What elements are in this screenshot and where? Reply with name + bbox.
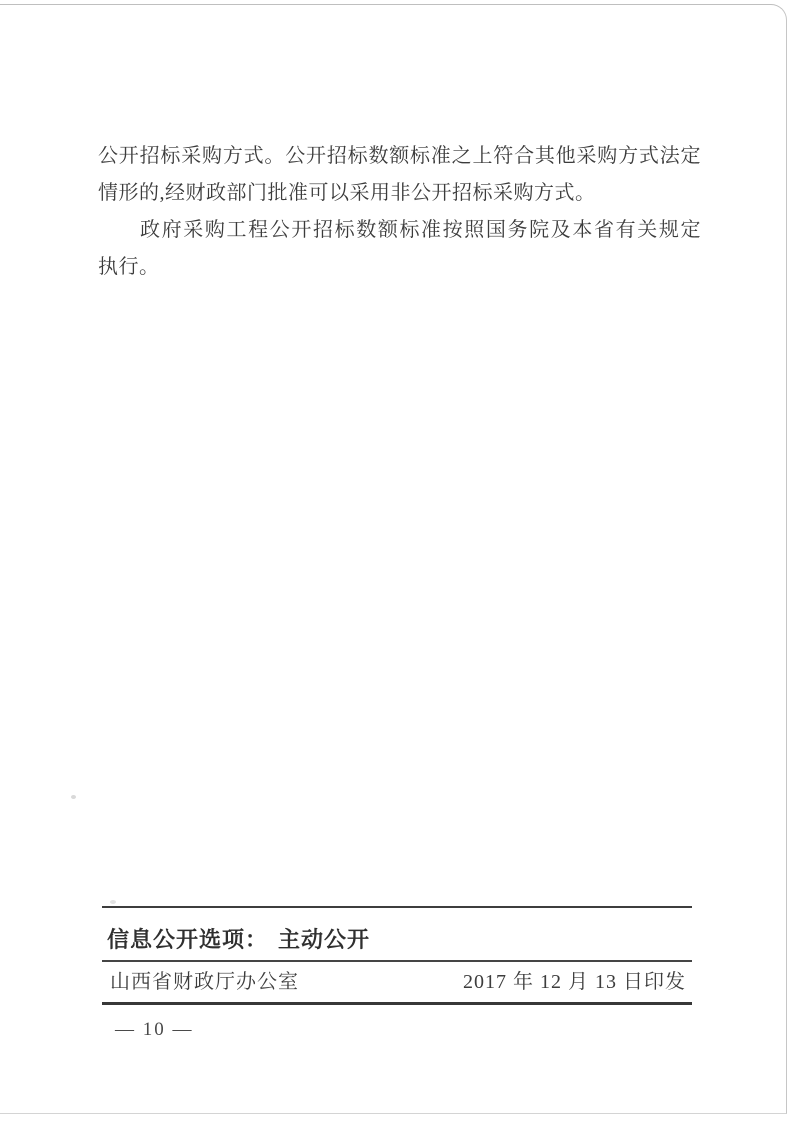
- footer-record-block: 信息公开选项：主动公开 山西省财政厅办公室 2017 年 12 月 13 日印发…: [102, 906, 692, 1041]
- paragraph-2-line-1: 政府采购工程公开招标数额标准按照国务院及本省有关规定: [98, 212, 701, 249]
- body-text: 公开招标采购方式。公开招标数额标准之上符合其他采购方式法定 情形的,经财政部门批…: [98, 138, 701, 286]
- footer-rule-top: [102, 906, 692, 908]
- print-date: 2017 年 12 月 13 日印发: [463, 962, 692, 1002]
- issue-row: 山西省财政厅办公室 2017 年 12 月 13 日印发: [102, 962, 692, 1002]
- disclosure-label: 信息公开选项：: [107, 927, 268, 952]
- paragraph-1-line-1: 公开招标采购方式。公开招标数额标准之上符合其他采购方式法定: [98, 138, 701, 175]
- issuing-office: 山西省财政厅办公室: [102, 962, 299, 1002]
- paragraph-2-line-2: 执行。: [98, 249, 701, 286]
- disclosure-row: 信息公开选项：主动公开: [102, 925, 692, 955]
- disclosure-value: 主动公开: [278, 927, 370, 952]
- paragraph-1-line-2: 情形的,经财政部门批准可以采用非公开招标采购方式。: [98, 175, 701, 212]
- page-number: — 10 —: [102, 1019, 692, 1041]
- scan-speck: [71, 795, 76, 799]
- document-page: { "document": { "kind": "scanned governm…: [0, 0, 794, 1122]
- scan-speck: [110, 900, 116, 904]
- footer-rule-bottom: [102, 1002, 692, 1005]
